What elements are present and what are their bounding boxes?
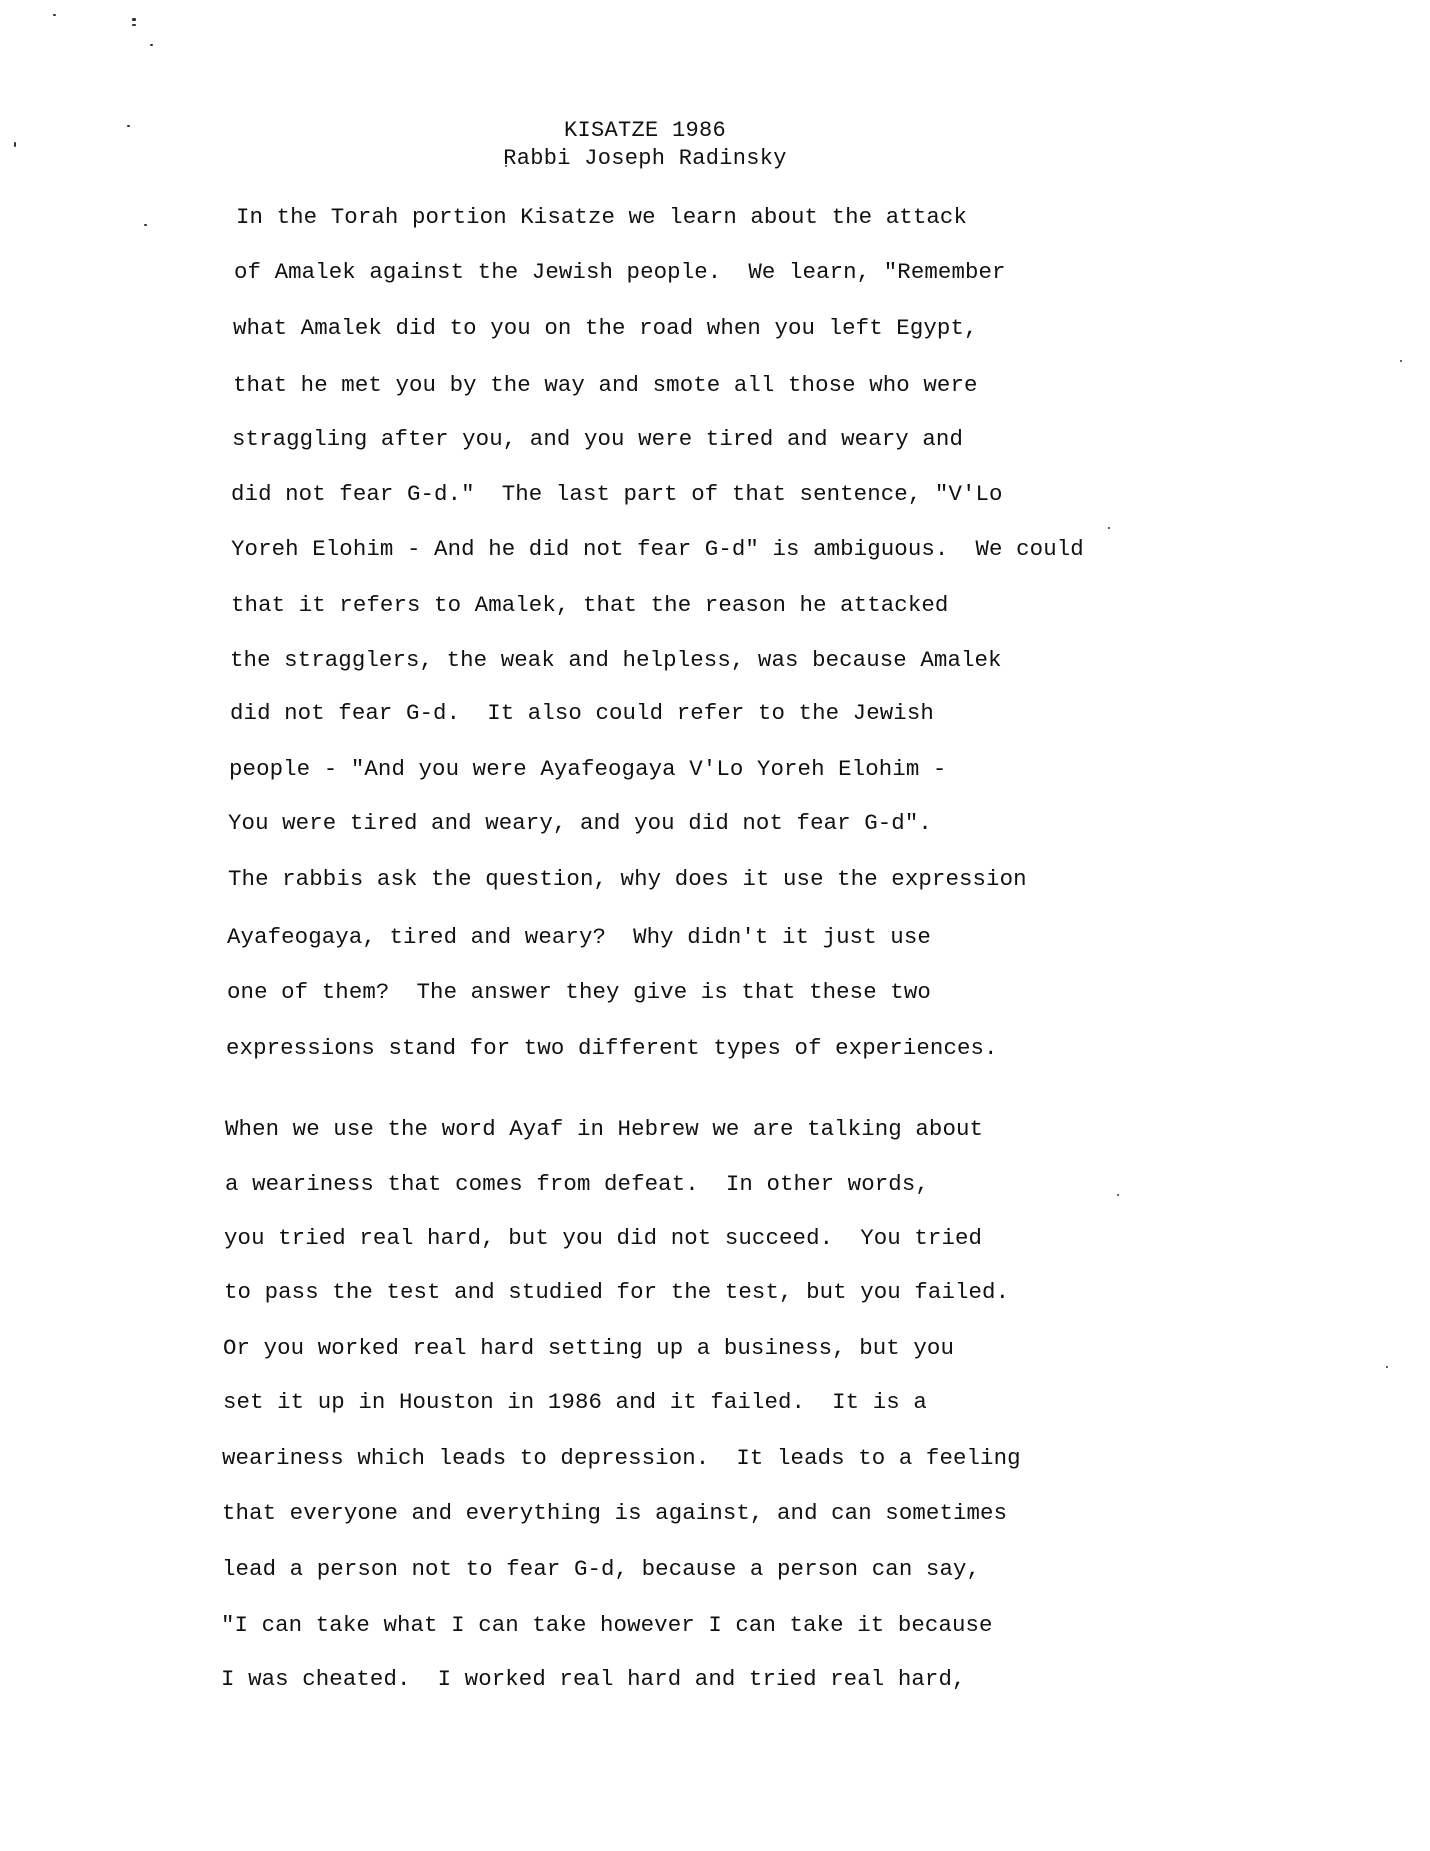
- text-line: of Amalek against the Jewish people. We …: [234, 259, 1006, 285]
- text-line: straggling after you, and you were tired…: [232, 426, 963, 452]
- text-line: the stragglers, the weak and helpless, w…: [230, 647, 1002, 673]
- text-line: what Amalek did to you on the road when …: [233, 315, 978, 341]
- text-line: a weariness that comes from defeat. In o…: [225, 1171, 929, 1197]
- text-line: to pass the test and studied for the tes…: [224, 1279, 1009, 1305]
- text-line: weariness which leads to depression. It …: [222, 1445, 1021, 1471]
- text-line: set it up in Houston in 1986 and it fail…: [223, 1389, 927, 1415]
- text-line: did not fear G-d." The last part of that…: [231, 481, 1003, 507]
- text-line: Yoreh Elohim - And he did not fear G-d" …: [231, 536, 1084, 562]
- scan-speck: [1386, 1366, 1388, 1368]
- text-line: The rabbis ask the question, why does it…: [228, 866, 1027, 892]
- scan-speck: [53, 14, 56, 16]
- document-page: KISATZE 1986 Rabbi Joseph Radinsky In th…: [0, 0, 1430, 1851]
- document-title: KISATZE 1986: [0, 118, 1290, 143]
- text-line: you tried real hard, but you did not suc…: [224, 1225, 982, 1251]
- text-line: that everyone and everything is against,…: [222, 1500, 1007, 1526]
- scan-speck: [144, 224, 147, 226]
- scan-speck: [132, 24, 136, 26]
- text-line: When we use the word Ayaf in Hebrew we a…: [225, 1116, 983, 1142]
- scan-speck: [132, 18, 136, 21]
- document-author: Rabbi Joseph Radinsky: [0, 146, 1290, 171]
- text-line: Ayafeogaya, tired and weary? Why didn't …: [227, 924, 931, 950]
- text-line: Or you worked real hard setting up a bus…: [223, 1335, 954, 1361]
- text-line: one of them? The answer they give is tha…: [227, 979, 931, 1005]
- scan-speck: [1108, 527, 1110, 529]
- text-line: You were tired and weary, and you did no…: [228, 810, 932, 836]
- scan-speck: [1117, 1194, 1119, 1196]
- scan-speck: [1400, 360, 1402, 362]
- scan-speck: [150, 44, 153, 46]
- text-line: lead a person not to fear G-d, because a…: [222, 1556, 980, 1582]
- text-line: that it refers to Amalek, that the reaso…: [231, 592, 948, 618]
- text-line: In the Torah portion Kisatze we learn ab…: [236, 204, 967, 230]
- text-line: I was cheated. I worked real hard and tr…: [221, 1666, 966, 1692]
- text-line: people - "And you were Ayafeogaya V'Lo Y…: [229, 756, 946, 782]
- text-line: "I can take what I can take however I ca…: [221, 1612, 993, 1638]
- text-line: that he met you by the way and smote all…: [233, 372, 978, 398]
- text-line: did not fear G-d. It also could refer to…: [230, 700, 934, 726]
- text-line: expressions stand for two different type…: [226, 1035, 998, 1061]
